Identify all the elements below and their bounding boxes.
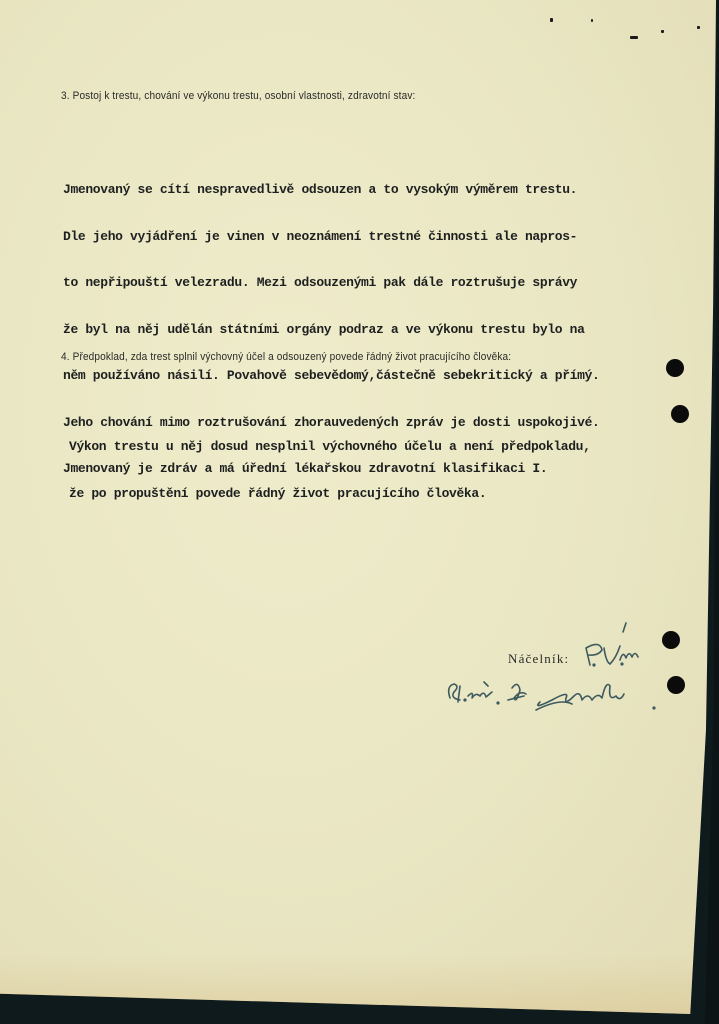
text-line: Výkon trestu u něj dosud nesplnil výchov… [69,439,591,455]
section-4-heading: 4. Předpoklad, zda trest splnil výchovný… [61,351,511,363]
punch-hole [666,359,684,377]
text-line: že po propuštění povede řádný život prac… [69,486,591,502]
text-line: Dle jeho vyjádření je vinen v neoznámení… [63,229,600,245]
ink-speck [591,19,593,22]
ink-speck [697,26,700,29]
ink-speck [661,30,664,33]
ink-speck [550,18,553,22]
ink-speck [630,36,638,39]
section-4-body: Výkon trestu u něj dosud nesplnil výchov… [69,408,591,517]
text-line: že byl na něj udělán státními orgány pod… [63,322,600,338]
text-line: něm používáno násilí. Povahově sebevědom… [63,368,600,384]
handwritten-signature [440,620,670,720]
section-3-heading: 3. Postoj k trestu, chování ve výkonu tr… [61,90,415,102]
punch-hole [671,405,689,423]
text-line: Jmenovaný se cítí nespravedlivě odsouzen… [63,182,600,198]
text-line: to nepřipouští velezradu. Mezi odsouzený… [63,275,600,291]
